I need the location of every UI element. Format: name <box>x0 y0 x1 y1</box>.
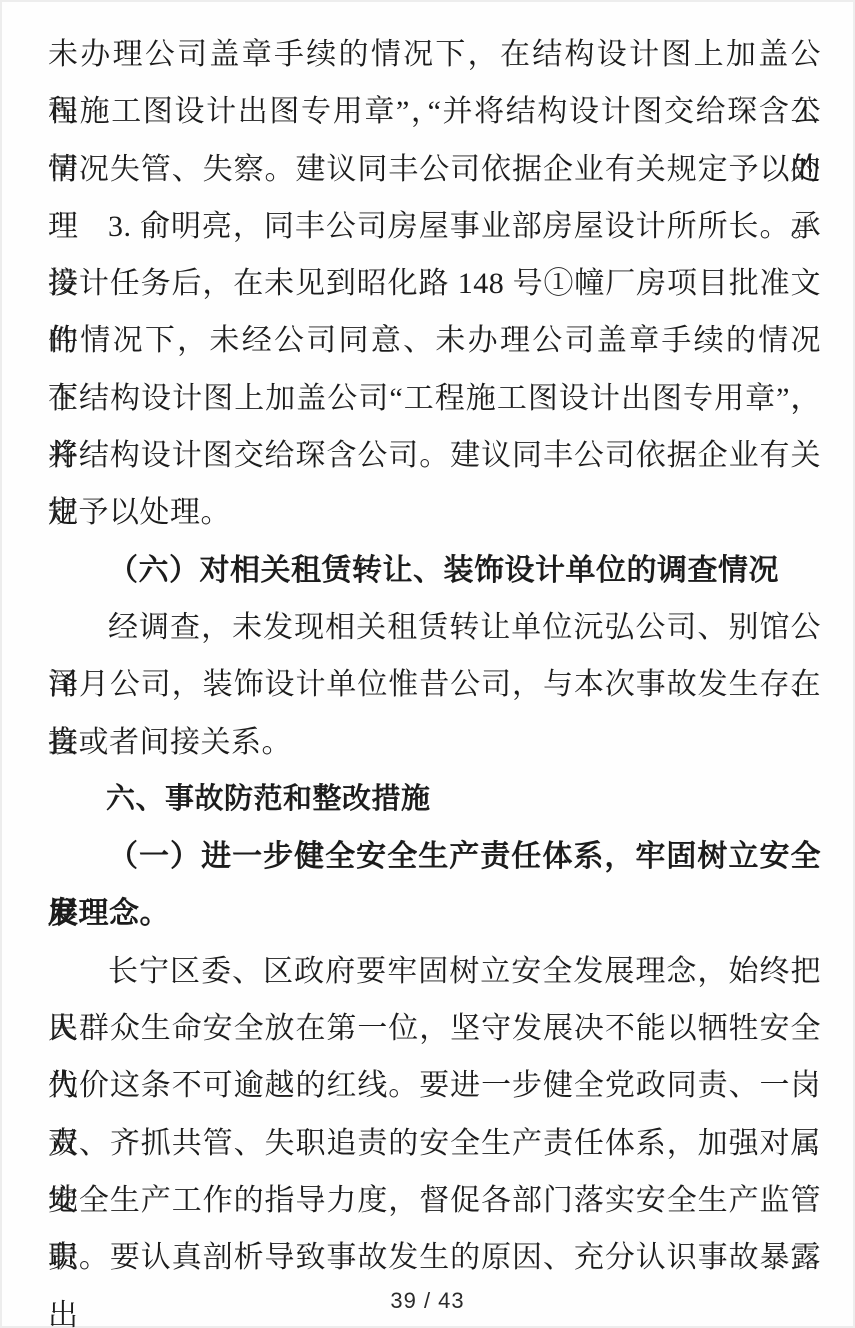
text-line: 责、齐抓共管、失职追责的安全生产责任体系，加强对属地 <box>48 1115 821 1172</box>
text-line: 展理念。 <box>48 885 821 942</box>
text-line: 定予以处理。 <box>48 484 821 541</box>
text-line: 未办理公司盖章手续的情况下，在结构设计图上加盖公司“工 <box>48 26 821 83</box>
text-line: 接或者间接关系。 <box>48 714 821 771</box>
text-line: 情况失管、失察。建议同丰公司依据企业有关规定予以处理。 <box>48 141 821 198</box>
text-line: 的情况下，未经公司同意、未办理公司盖章手续的情况下， <box>48 312 821 369</box>
text-line: 安全生产工作的指导力度，督促各部门落实安全生产监管职 <box>48 1172 821 1229</box>
text-line: 经调查，未发现相关租赁转让单位沅弘公司、别馆公司、 <box>48 599 821 656</box>
text-line: 六、事故防范和整改措施 <box>48 771 821 828</box>
text-line: 民群众生命安全放在第一位，坚守发展决不能以牺牲安全为 <box>48 1000 821 1057</box>
document-page: 未办理公司盖章手续的情况下，在结构设计图上加盖公司“工程施工图设计出图专用章”，… <box>0 0 855 1328</box>
text-line: （一）进一步健全安全生产责任体系，牢固树立安全发 <box>48 828 821 885</box>
page-number-indicator: 39 / 43 <box>0 1288 855 1314</box>
text-line: 在结构设计图上加盖公司“工程施工图设计出图专用章”，并 <box>48 370 821 427</box>
text-line: 责。要认真剖析导致事故发生的原因、充分认识事故暴露出 <box>48 1229 821 1286</box>
text-line: 程施工图设计出图专用章”，并将结构设计图交给琛含公司的 <box>48 83 821 140</box>
text-line: 设计任务后，在未见到昭化路 148 号①幢厂房项目批准文件 <box>48 255 821 312</box>
text-line: 泽月公司，装饰设计单位惟昔公司，与本次事故发生存在直 <box>48 656 821 713</box>
text-line: 长宁区委、区政府要牢固树立安全发展理念，始终把人 <box>48 943 821 1000</box>
text-line: 将结构设计图交给琛含公司。建议同丰公司依据企业有关规 <box>48 427 821 484</box>
document-body: 未办理公司盖章手续的情况下，在结构设计图上加盖公司“工程施工图设计出图专用章”，… <box>48 26 821 1287</box>
text-line: 3. 俞明亮，同丰公司房屋事业部房屋设计所所长。承接 <box>48 198 821 255</box>
text-line: 代价这条不可逾越的红线。要进一步健全党政同责、一岗双 <box>48 1057 821 1114</box>
text-line: （六）对相关租赁转让、装饰设计单位的调查情况 <box>48 542 821 599</box>
